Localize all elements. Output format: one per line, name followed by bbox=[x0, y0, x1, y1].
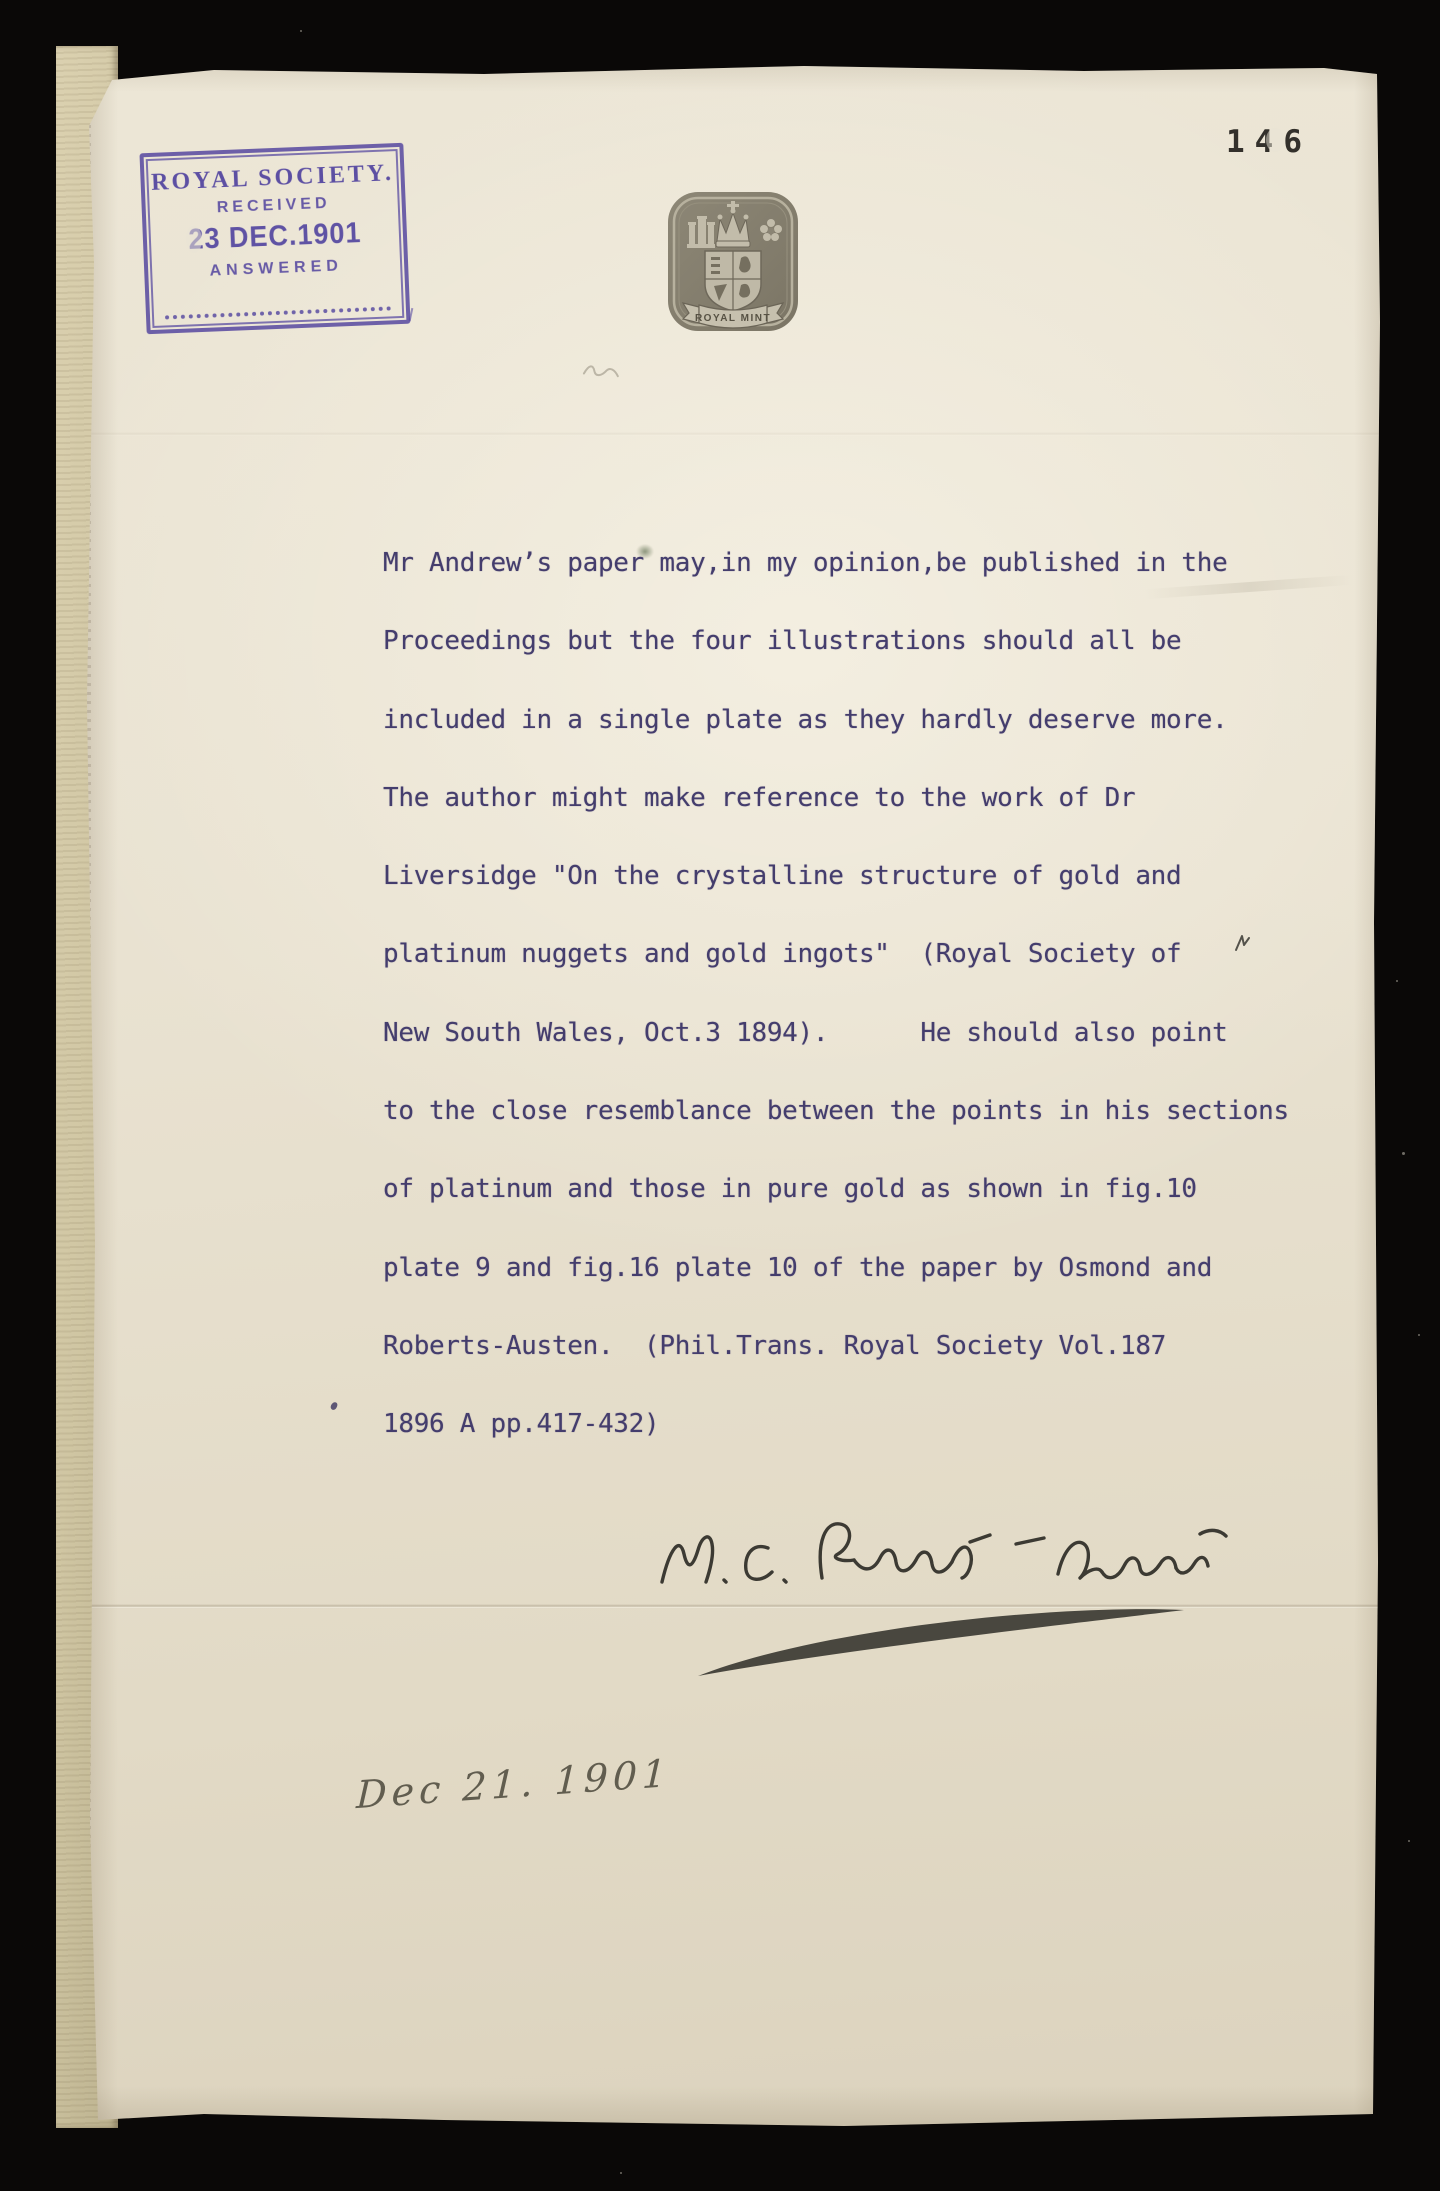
dust-speck bbox=[1418, 1334, 1420, 1336]
letter-line: New South Wales, Oct.3 1894). He should … bbox=[383, 994, 1393, 1072]
shield-icon bbox=[705, 251, 761, 311]
dust-speck bbox=[1396, 980, 1398, 982]
archival-photo: ROYAL SOCIETY. RECEIVED 23 DEC.1901 ANSW… bbox=[0, 0, 1440, 2191]
folio-number: 146 bbox=[1226, 124, 1312, 160]
letter-line: Proceedings but the four illustrations s… bbox=[383, 602, 1393, 680]
insertion-tick-mark bbox=[1234, 932, 1252, 958]
ink-speck bbox=[330, 1401, 338, 1411]
ink-fade-blotch bbox=[1266, 128, 1284, 152]
dust-speck bbox=[300, 30, 302, 32]
letter-line: of platinum and those in pure gold as sh… bbox=[383, 1150, 1393, 1228]
letter-line: Liversidge "On the crystalline structure… bbox=[383, 837, 1393, 915]
royal-mint-crest-icon: ROYAL MINT bbox=[665, 189, 801, 334]
dust-speck bbox=[1408, 1840, 1410, 1842]
signature bbox=[640, 1478, 1260, 1692]
letter-line: plate 9 and fig.16 plate 10 of the paper… bbox=[383, 1229, 1393, 1307]
stamp-received-label: RECEIVED bbox=[216, 195, 330, 218]
handwritten-date: Dec 21. 1901 bbox=[356, 1751, 672, 1817]
letter-line: included in a single plate as they hardl… bbox=[383, 681, 1393, 759]
dust-speck bbox=[620, 2172, 622, 2174]
letter-body: Mr Andrew’s paper may,in my opinion,be p… bbox=[383, 524, 1393, 1464]
paper-crease-top bbox=[84, 432, 1380, 436]
dust-speck bbox=[1402, 1152, 1405, 1155]
ink-smudge bbox=[636, 544, 654, 559]
royal-society-received-stamp: ROYAL SOCIETY. RECEIVED 23 DEC.1901 ANSW… bbox=[139, 143, 410, 334]
stamp-answered-label: ANSWERED bbox=[209, 257, 343, 280]
signature-flourish bbox=[698, 1609, 1184, 1676]
pencil-squiggle bbox=[581, 359, 624, 388]
letter-page: ROYAL SOCIETY. RECEIVED 23 DEC.1901 ANSW… bbox=[84, 62, 1380, 2130]
letter-line: to the close resemblance between the poi… bbox=[383, 1072, 1393, 1150]
seal-banner-text: ROYAL MINT bbox=[695, 313, 771, 324]
letter-line: Roberts-Austen. (Phil.Trans. Royal Socie… bbox=[383, 1307, 1393, 1385]
royal-mint-seal: ROYAL MINT bbox=[665, 189, 801, 334]
stamp-org-name: ROYAL SOCIETY. bbox=[151, 160, 395, 197]
stamp-date: 23 DEC.1901 bbox=[188, 217, 362, 257]
letter-line: 1896 A pp.417-432) bbox=[383, 1385, 1393, 1463]
letter-line: The author might make reference to the w… bbox=[383, 759, 1393, 837]
